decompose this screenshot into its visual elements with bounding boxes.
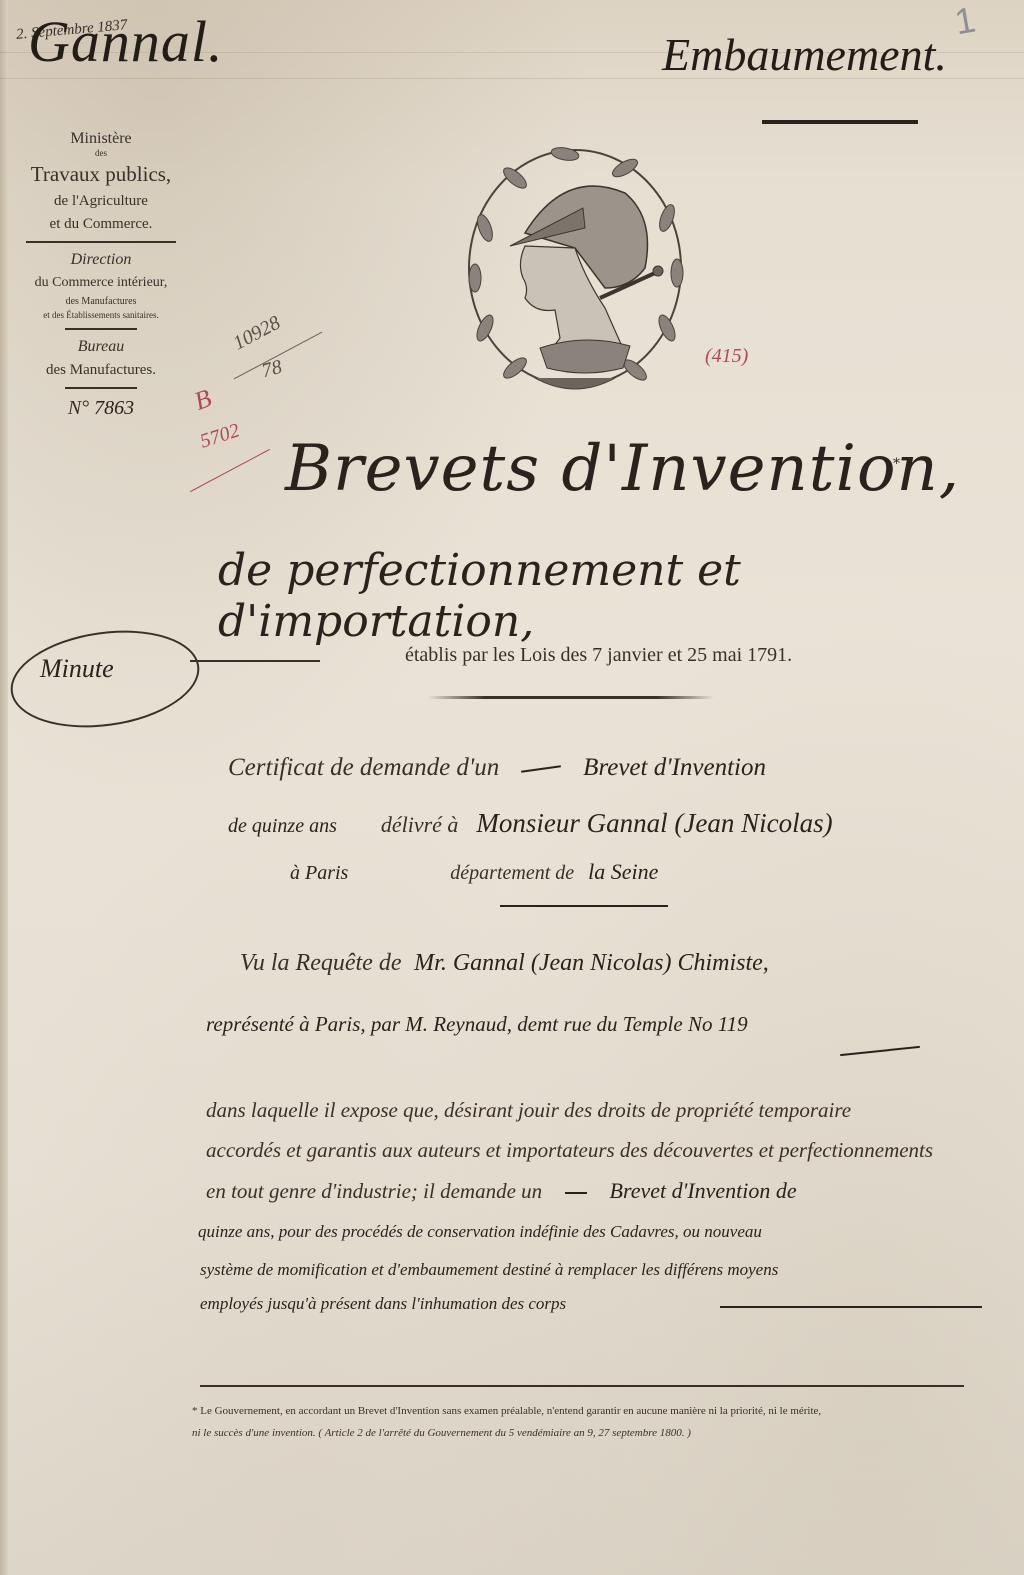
certificate-line-1: Certificat de demande d'un Brevet d'Inve… — [228, 752, 766, 782]
cert-handwritten-1: Brevet d'Invention — [583, 754, 766, 781]
request-line-2: représenté à Paris, par M. Reynaud, demt… — [206, 1012, 748, 1037]
dash — [565, 1192, 587, 1194]
title-subtitle: de perfectionnement et d'importation, — [218, 545, 1024, 647]
red-stroke — [190, 449, 270, 492]
ministry-block: Ministère des Travaux publics, de l'Agri… — [10, 130, 192, 420]
request-line-5: en tout genre d'industrie; il demande un… — [206, 1178, 986, 1204]
ornamental-rule — [428, 696, 714, 699]
request-line-8: employés jusqu'à présent dans l'inhumati… — [200, 1294, 566, 1314]
request-line-6: quinze ans, pour des procédés de conserv… — [198, 1222, 978, 1242]
bureau-manufactures: des Manufactures. — [10, 362, 192, 379]
certificate-line-3: à Paris département de la Seine — [290, 856, 890, 885]
cert-printed-2: délivré à — [381, 812, 459, 837]
request-printed-5: en tout genre d'industrie; il demande un — [206, 1179, 542, 1203]
request-line-3: dans laquelle il expose que, désirant jo… — [206, 1098, 851, 1123]
footnote-line-2: ni le succès d'une invention. ( Article … — [192, 1422, 982, 1444]
address-underline — [840, 1046, 920, 1056]
applicant-heading: Gannal. — [28, 8, 224, 75]
minute-line — [190, 660, 320, 662]
folio-number: 1 — [952, 0, 979, 43]
request-line-7: système de momification et d'embaumement… — [200, 1260, 980, 1280]
certificate-divider — [500, 905, 668, 907]
direction-etablissements: et des Établissements sanitaires. — [10, 310, 192, 320]
request-applicant: Mr. Gannal (Jean Nicolas) Chimiste, — [414, 950, 769, 976]
subject-heading: Embaumement. — [662, 28, 947, 81]
direction-block: Direction du Commerce intérieur, des Man… — [10, 251, 192, 320]
footnote: * Le Gouvernement, en accordant un Breve… — [192, 1400, 982, 1444]
title-asterisk: * — [893, 456, 900, 472]
footnote-line-1: * Le Gouvernement, en accordant un Breve… — [192, 1400, 982, 1422]
fill-line — [720, 1306, 982, 1308]
divider — [65, 328, 137, 330]
red-number: 5702 — [197, 419, 242, 453]
helmeted-head-emblem-icon — [455, 138, 695, 413]
laws-line: établis par les Lois des 7 janvier et 25… — [405, 644, 792, 667]
ministry-commerce: et du Commerce. — [10, 216, 192, 233]
request-line-1: Vu la Requête de Mr. Gannal (Jean Nicola… — [240, 950, 980, 977]
cert-city: à Paris — [290, 862, 348, 884]
ministry-travaux: Travaux publics, — [10, 162, 192, 187]
footnote-rule — [200, 1385, 964, 1387]
cert-printed-3: département de — [450, 862, 574, 884]
cert-recipient: Monsieur Gannal (Jean Nicolas) — [476, 808, 832, 838]
cert-printed-1: Certificat de demande d'un — [228, 754, 499, 781]
number-label: N° — [68, 397, 89, 419]
red-mark: B — [190, 383, 215, 417]
dash — [521, 765, 561, 773]
direction-label: Direction — [10, 251, 192, 269]
document-page: 2. Septembre 1837 Gannal. Embaumement. 1… — [0, 0, 1024, 1575]
registration-number: N° 7863 — [10, 397, 192, 420]
pencil-number-bottom: 78 — [259, 356, 284, 383]
divider — [65, 387, 137, 389]
request-printed-1: Vu la Requête de — [240, 950, 401, 976]
request-line-4: accordés et garantis aux auteurs et impo… — [206, 1138, 933, 1163]
cert-department: la Seine — [588, 859, 658, 884]
subject-underline — [762, 120, 918, 124]
ministry-des: des — [10, 148, 192, 158]
certificate-line-2: de quinze ans délivré à Monsieur Gannal … — [228, 808, 968, 839]
ministry-agriculture: de l'Agriculture — [10, 193, 192, 210]
minute-label: Minute — [40, 654, 114, 684]
direction-manufactures: des Manufactures — [10, 296, 192, 307]
direction-commerce: du Commerce intérieur, — [10, 275, 192, 291]
red-paren-number: (415) — [705, 345, 748, 368]
request-patent-type: Brevet d'Invention de — [610, 1178, 797, 1203]
bureau-block: Bureau des Manufactures. — [10, 338, 192, 379]
bureau-label: Bureau — [10, 338, 192, 356]
ministry-label: Ministère — [10, 130, 192, 148]
cert-duration: de quinze ans — [228, 815, 337, 837]
page-edge — [0, 0, 8, 1575]
number-value: 7863 — [94, 397, 134, 419]
title-main: Brevets d'Invention, — [285, 432, 960, 506]
divider — [26, 241, 176, 243]
pencil-number-top: 10928 — [230, 312, 285, 356]
